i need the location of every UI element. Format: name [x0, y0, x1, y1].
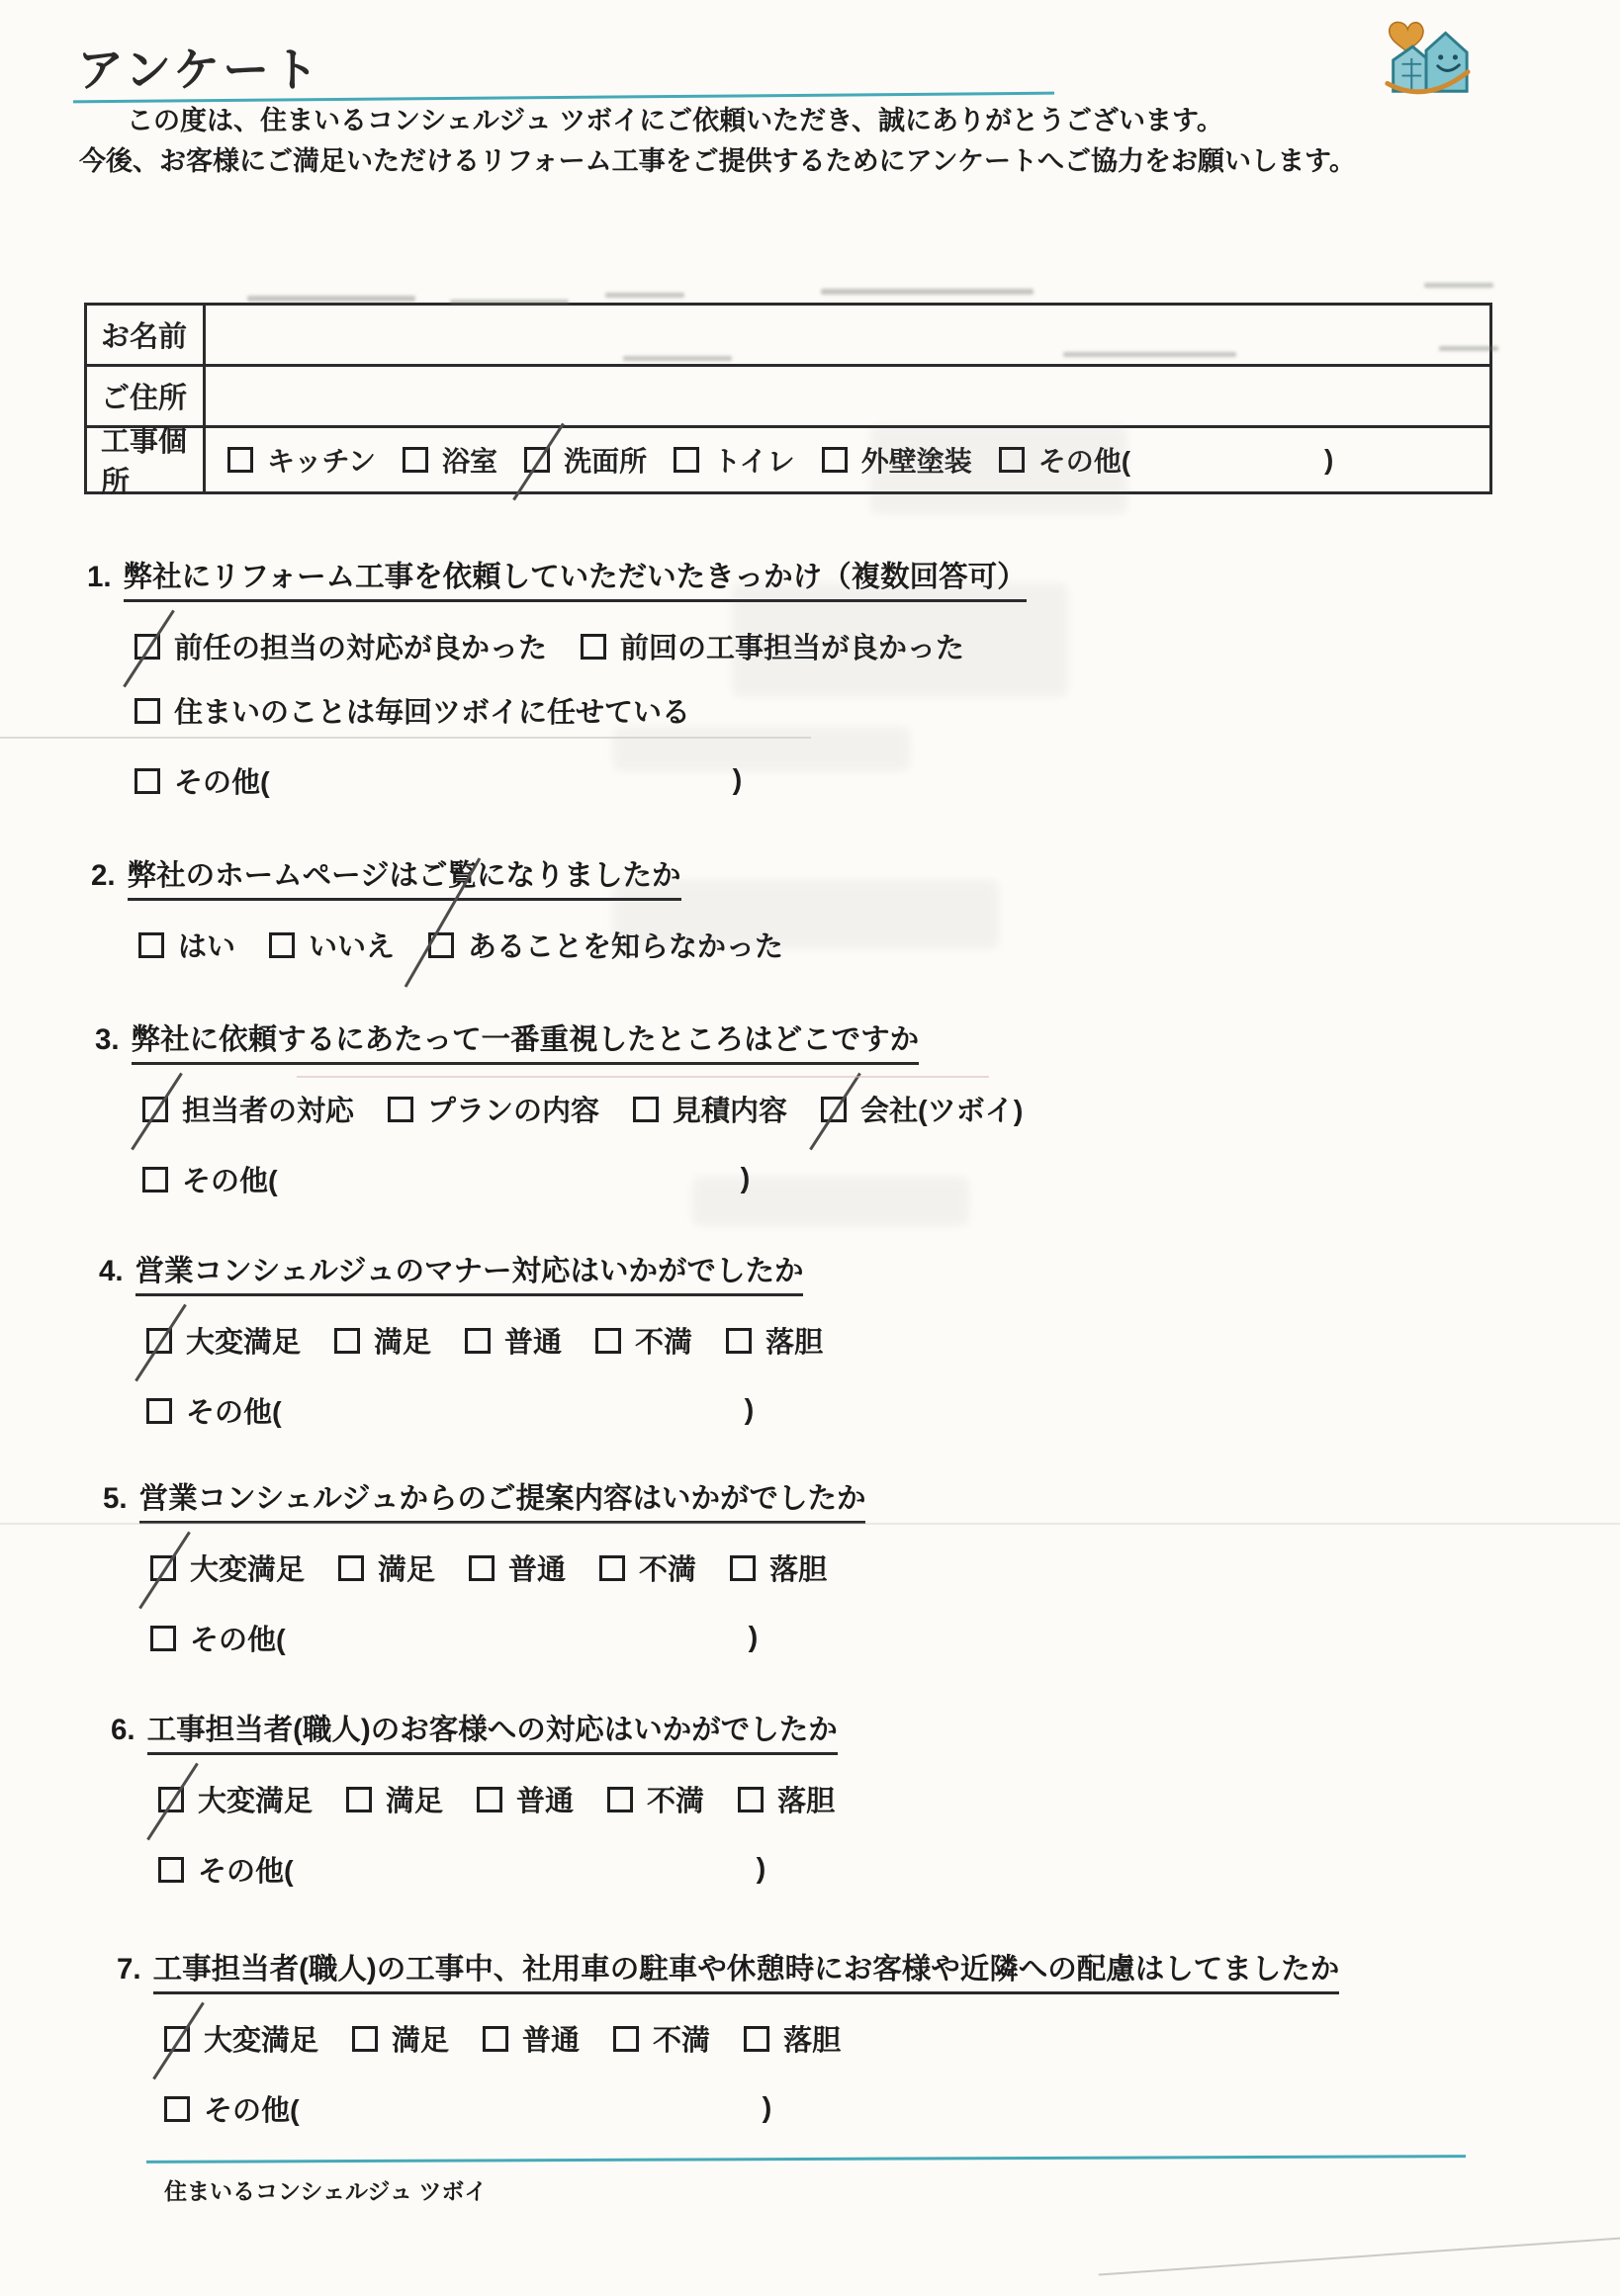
- option-label: 普通: [504, 1320, 562, 1361]
- option: 落胆: [730, 1547, 827, 1588]
- option: 満足: [346, 1779, 443, 1819]
- worksite-option-bath: 浴室: [403, 440, 497, 480]
- option: 大変満足: [164, 2018, 318, 2059]
- footer-rule: [146, 2155, 1466, 2164]
- option: 満足: [338, 1547, 435, 1588]
- option-label: 会社(ツボイ): [860, 1089, 1023, 1129]
- option: 大変満足: [150, 1547, 305, 1588]
- option: 大変満足: [158, 1779, 313, 1819]
- close-paren: ): [757, 1853, 766, 1886]
- option: 不満: [607, 1779, 704, 1819]
- scan-artifact: [0, 737, 811, 739]
- option-label: 浴室: [442, 440, 497, 480]
- option-label: 不満: [635, 1320, 692, 1361]
- worksite-option-kitchen: キッチン: [227, 440, 376, 480]
- option-label: 満足: [392, 2018, 449, 2059]
- option-label: 普通: [508, 1547, 566, 1588]
- option-other: その他( ): [146, 1390, 754, 1431]
- scan-artifact: [297, 1076, 989, 1078]
- house-mascot-icon: [1377, 6, 1476, 103]
- option-label: 担当者の対応: [182, 1089, 354, 1129]
- option-other: その他( ): [150, 1618, 758, 1658]
- worksite-label: 工事個所: [87, 428, 206, 491]
- intro-text: この度は、住まいるコンシェルジュ ツボイにご依頼いただき、誠にありがとうございま…: [79, 101, 1356, 182]
- checkbox[interactable]: [135, 698, 160, 724]
- option-label: 洗面所: [564, 440, 647, 480]
- customer-info-table: お名前 ご住所 工事個所 キッチン 浴室 洗面所: [84, 303, 1492, 494]
- checkbox[interactable]: [352, 2026, 378, 2052]
- option-label: 落胆: [783, 2018, 841, 2059]
- checkbox[interactable]: [595, 1328, 621, 1354]
- question-number: 5.: [103, 1482, 128, 1516]
- checkbox[interactable]: [730, 1555, 756, 1581]
- scan-artifact: [1424, 283, 1493, 288]
- checkbox[interactable]: [821, 1097, 847, 1122]
- scan-artifact: [870, 425, 1127, 514]
- option-label: 満足: [378, 1547, 435, 1588]
- checkbox[interactable]: [150, 1626, 176, 1651]
- option-label: 前任の担当の対応が良かった: [174, 626, 547, 666]
- worksite-option-washroom: 洗面所: [524, 440, 647, 480]
- question-7-title: 7. 工事担当者(職人)の工事中、社用車の駐車や休憩時にお客様や近隣への配慮はし…: [117, 1946, 1339, 1994]
- checkbox[interactable]: [483, 2026, 508, 2052]
- option-label: その他(: [186, 1390, 282, 1431]
- option: 前任の担当の対応が良かった: [135, 626, 547, 666]
- question-6-title: 6. 工事担当者(職人)のお客様への対応はいかがでしたか: [111, 1707, 838, 1755]
- question-6-other-row: その他( ): [158, 1849, 838, 1890]
- scan-artifact: [1063, 352, 1236, 357]
- option: 不満: [613, 2018, 710, 2059]
- checkbox[interactable]: [633, 1097, 659, 1122]
- option-label: 普通: [516, 1779, 574, 1819]
- option: プランの内容: [388, 1089, 599, 1129]
- scan-artifact: [732, 583, 1068, 697]
- question-5: 5. 営業コンシェルジュからのご提案内容はいかがでしたか 大変満足 満足 普通 …: [103, 1475, 865, 1658]
- option: 落胆: [738, 1779, 835, 1819]
- option-label: キッチン: [267, 440, 376, 480]
- question-number: 4.: [99, 1255, 124, 1288]
- question-5-options-row-1: 大変満足 満足 普通 不満 落胆: [150, 1547, 865, 1588]
- question-6-options-row-1: 大変満足 満足 普通 不満 落胆: [158, 1779, 838, 1819]
- option-label: 大変満足: [204, 2018, 318, 2059]
- scan-artifact: [247, 296, 415, 302]
- checkbox[interactable]: [388, 1097, 413, 1122]
- option-label: いいえ: [309, 925, 395, 965]
- question-number: 1.: [87, 561, 112, 594]
- checkbox[interactable]: [465, 1328, 491, 1354]
- question-number: 7.: [117, 1953, 141, 1987]
- checkbox[interactable]: [738, 1787, 764, 1812]
- checkbox[interactable]: [744, 2026, 769, 2052]
- option: 普通: [483, 2018, 580, 2059]
- option: 落胆: [744, 2018, 841, 2059]
- scan-artifact: [613, 880, 999, 949]
- scan-artifact: [623, 356, 732, 361]
- checkbox[interactable]: [142, 1167, 168, 1192]
- option-label: プランの内容: [427, 1089, 599, 1129]
- option-label: 不満: [653, 2018, 710, 2059]
- checkbox[interactable]: [581, 634, 606, 660]
- option-label: 落胆: [765, 1320, 823, 1361]
- scan-artifact: [613, 727, 910, 771]
- option-label: 落胆: [777, 1779, 835, 1819]
- scan-artifact: [0, 1523, 1620, 1525]
- option: 担当者の対応: [142, 1089, 354, 1129]
- option: いいえ: [269, 925, 395, 965]
- checkbox[interactable]: [142, 1097, 168, 1122]
- worksite-row: 工事個所 キッチン 浴室 洗面所 トイレ: [87, 428, 1489, 491]
- option: 会社(ツボイ): [821, 1089, 1023, 1129]
- scan-artifact: [605, 293, 684, 298]
- intro-line-2: 今後、お客様にご満足いただけるリフォーム工事をご提供するためにアンケートへご協力…: [79, 141, 1356, 182]
- checkbox[interactable]: [146, 1328, 172, 1354]
- option: 普通: [465, 1320, 562, 1361]
- question-4: 4. 営業コンシェルジュのマナー対応はいかがでしたか 大変満足 満足 普通 不満: [99, 1248, 823, 1431]
- address-input-area[interactable]: [206, 367, 1489, 425]
- checkbox[interactable]: [135, 634, 160, 660]
- option-label: その他(: [182, 1159, 278, 1199]
- option-label: トイレ: [713, 440, 795, 480]
- question-5-title: 5. 営業コンシェルジュからのご提案内容はいかがでしたか: [103, 1475, 865, 1524]
- option: 普通: [477, 1779, 574, 1819]
- option-label: その他(: [198, 1849, 294, 1890]
- intro-line-1: この度は、住まいるコンシェルジュ ツボイにご依頼いただき、誠にありがとうございま…: [79, 101, 1356, 141]
- option-other: その他( ): [164, 2088, 771, 2129]
- checkbox[interactable]: [138, 932, 164, 958]
- question-6: 6. 工事担当者(職人)のお客様への対応はいかがでしたか 大変満足 満足 普通 …: [111, 1707, 838, 1890]
- question-3-title: 3. 弊社に依頼するにあたって一番重視したところはどこですか: [95, 1016, 1023, 1065]
- footer-company-name: 住まいるコンシェルジュ ツボイ: [164, 2173, 487, 2206]
- option-label: 大変満足: [190, 1547, 305, 1588]
- checkbox[interactable]: [338, 1555, 364, 1581]
- option: 普通: [469, 1547, 566, 1588]
- checkbox[interactable]: [150, 1555, 176, 1581]
- option: はい: [138, 925, 235, 965]
- option-other: その他( ): [142, 1159, 750, 1199]
- scan-artifact: [450, 300, 569, 305]
- address-label: ご住所: [87, 367, 206, 425]
- question-number: 3.: [95, 1023, 120, 1057]
- question-5-other-row: その他( ): [150, 1618, 865, 1658]
- checkbox[interactable]: [477, 1787, 502, 1812]
- option-label: 見積内容: [673, 1089, 787, 1129]
- question-3-options-row-1: 担当者の対応 プランの内容 見積内容 会社(ツボイ): [142, 1089, 1023, 1129]
- close-paren: ): [1324, 444, 1333, 476]
- option-label: 満足: [374, 1320, 431, 1361]
- question-4-other-row: その他( ): [146, 1390, 823, 1431]
- option: 落胆: [726, 1320, 823, 1361]
- option-label: はい: [178, 925, 235, 965]
- checkbox-kitchen[interactable]: [227, 447, 253, 473]
- checkbox[interactable]: [607, 1787, 633, 1812]
- question-number: 2.: [91, 859, 116, 893]
- name-row: お名前: [87, 306, 1489, 367]
- option: 不満: [595, 1320, 692, 1361]
- question-7-other-row: その他( ): [164, 2088, 1339, 2129]
- option: 満足: [352, 2018, 449, 2059]
- scan-artifact: [1099, 2235, 1620, 2275]
- checkbox-toilet[interactable]: [674, 447, 699, 473]
- option-label: 不満: [639, 1547, 696, 1588]
- close-paren: ): [763, 2092, 772, 2125]
- option-label: 大変満足: [186, 1320, 301, 1361]
- question-4-options-row-1: 大変満足 満足 普通 不満 落胆: [146, 1320, 823, 1361]
- option-label: 大変満足: [198, 1779, 313, 1819]
- checkbox[interactable]: [334, 1328, 360, 1354]
- option-label: その他(: [174, 760, 270, 801]
- option: 大変満足: [146, 1320, 301, 1361]
- scan-artifact: [692, 1177, 969, 1226]
- option: 不満: [599, 1547, 696, 1588]
- checkbox[interactable]: [599, 1555, 625, 1581]
- scanned-survey-sheet: アンケート この度は、住まいるコンシェルジュ ツボイにご依頼いただき、誠にありが…: [0, 0, 1620, 2296]
- question-7-options-row-1: 大変満足 満足 普通 不満 落胆: [164, 2018, 1339, 2059]
- checkbox[interactable]: [164, 2096, 190, 2122]
- close-paren: ): [749, 1622, 759, 1654]
- option: 見積内容: [633, 1089, 787, 1129]
- option-label: 落胆: [769, 1547, 827, 1588]
- option: 住まいのことは毎回ツボイに任せている: [135, 690, 690, 731]
- option-label: 普通: [522, 2018, 580, 2059]
- option-label: 住まいのことは毎回ツボイに任せている: [174, 690, 690, 731]
- checkbox-exterior[interactable]: [822, 447, 848, 473]
- page-title: アンケート: [77, 34, 321, 100]
- option-other: その他( ): [158, 1849, 765, 1890]
- checkbox-bath[interactable]: [403, 447, 428, 473]
- checkbox[interactable]: [146, 1398, 172, 1424]
- checkbox[interactable]: [135, 768, 160, 794]
- checkbox[interactable]: [726, 1328, 752, 1354]
- scan-artifact: [1439, 346, 1498, 351]
- option: 満足: [334, 1320, 431, 1361]
- name-input-area[interactable]: [206, 306, 1489, 364]
- option-label: その他(: [190, 1618, 286, 1658]
- checkbox[interactable]: [158, 1787, 184, 1812]
- close-paren: ): [745, 1394, 755, 1427]
- question-7: 7. 工事担当者(職人)の工事中、社用車の駐車や休憩時にお客様や近隣への配慮はし…: [117, 1946, 1339, 2129]
- option-label: その他(: [204, 2088, 300, 2129]
- checkbox[interactable]: [428, 932, 454, 958]
- checkbox[interactable]: [346, 1787, 372, 1812]
- name-label: お名前: [87, 306, 206, 364]
- question-number: 6.: [111, 1714, 135, 1747]
- checkbox[interactable]: [613, 2026, 639, 2052]
- checkbox[interactable]: [269, 932, 295, 958]
- checkbox[interactable]: [158, 1857, 184, 1883]
- option-label: 満足: [386, 1779, 443, 1819]
- address-row: ご住所: [87, 367, 1489, 428]
- option-label: 不満: [647, 1779, 704, 1819]
- scan-artifact: [821, 289, 1034, 295]
- checkbox[interactable]: [164, 2026, 190, 2052]
- checkbox-washroom[interactable]: [524, 447, 550, 473]
- worksite-option-toilet: トイレ: [674, 440, 795, 480]
- checkbox[interactable]: [469, 1555, 495, 1581]
- question-4-title: 4. 営業コンシェルジュのマナー対応はいかがでしたか: [99, 1248, 823, 1296]
- question-3: 3. 弊社に依頼するにあたって一番重視したところはどこですか 担当者の対応 プラ…: [95, 1016, 1023, 1199]
